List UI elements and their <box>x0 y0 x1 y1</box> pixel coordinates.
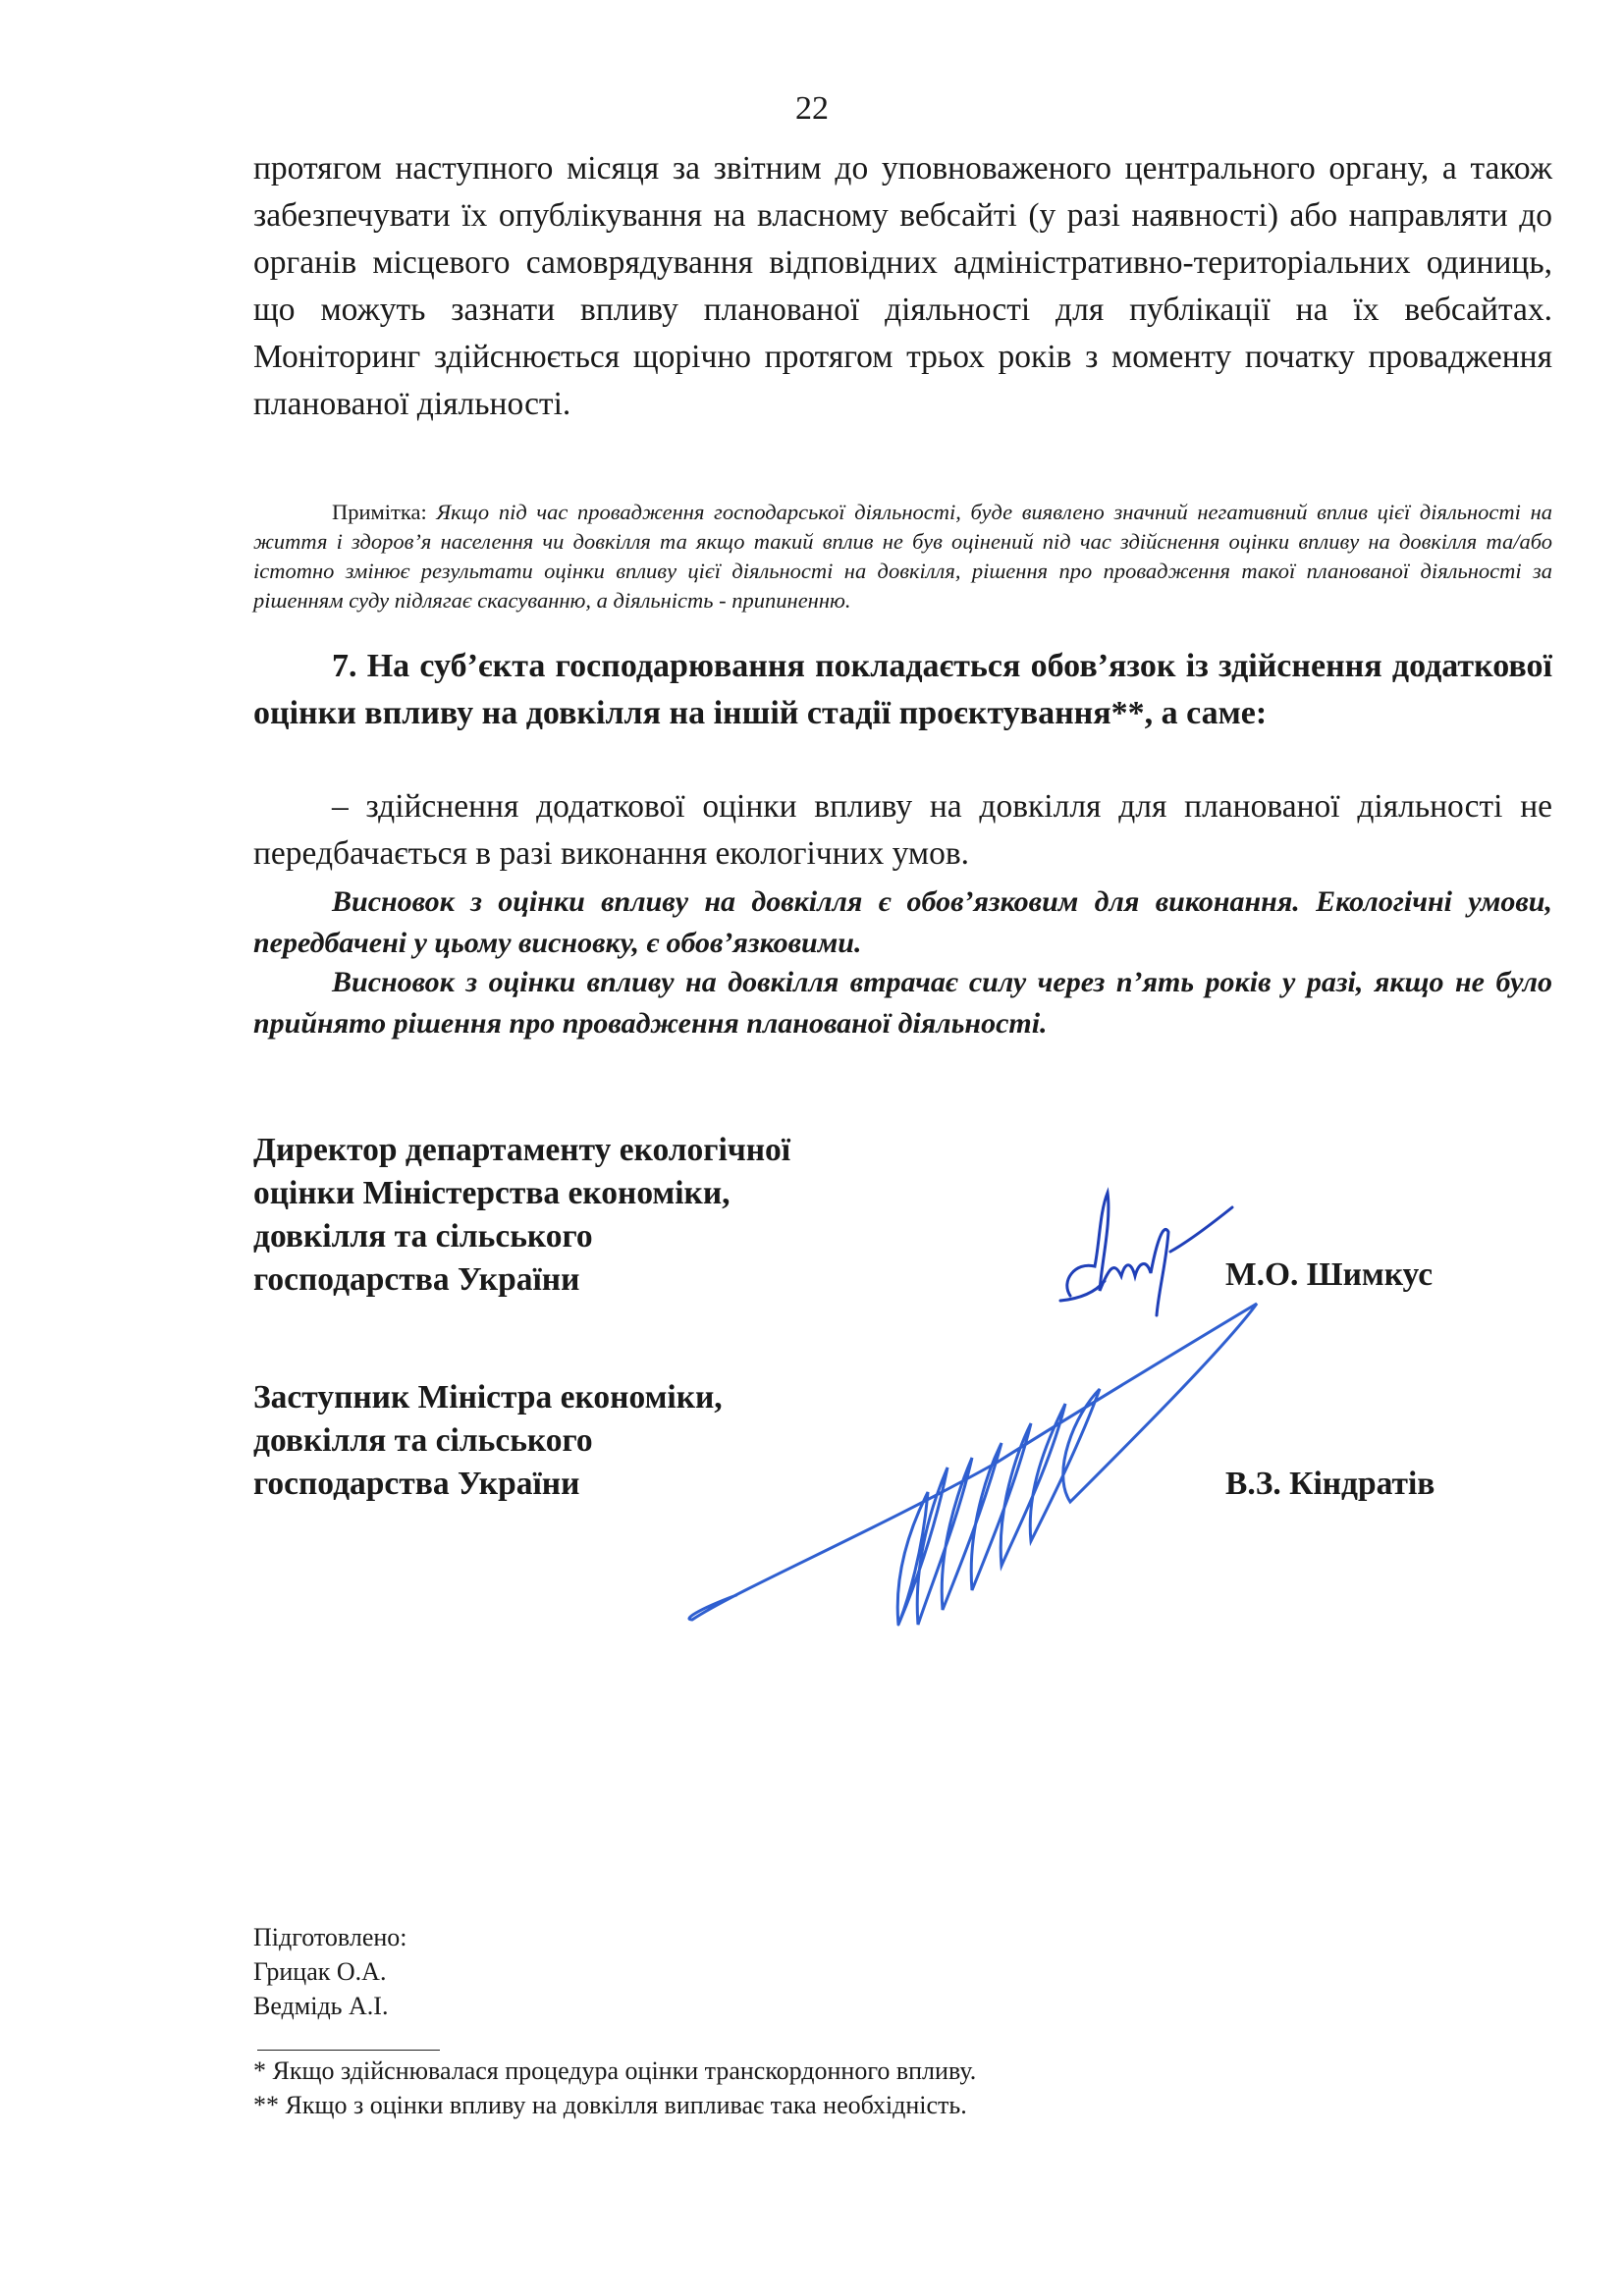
title-line: оцінки Міністерства економіки, <box>253 1172 790 1215</box>
signature-2-icon <box>677 1296 1316 1629</box>
title-line: Заступник Міністра економіки, <box>253 1376 723 1419</box>
page-number: 22 <box>0 90 1624 128</box>
prepared-by-block: Підготовлено: Грицак О.А. Ведмідь А.І. <box>253 1920 407 2023</box>
preparer-name: Грицак О.А. <box>253 1954 407 1989</box>
footnote-2: ** Якщо з оцінки впливу на довкілля випл… <box>253 2088 976 2122</box>
footnotes: * Якщо здійснювалася процедура оцінки тр… <box>253 2054 976 2122</box>
paragraph-monitoring: протягом наступного місяця за звітним до… <box>253 145 1552 428</box>
conclusion-binding: Висновок з оцінки впливу на довкілля є о… <box>253 881 1552 964</box>
title-line: господарства України <box>253 1463 723 1506</box>
signatory-2-title: Заступник Міністра економіки, довкілля т… <box>253 1376 723 1506</box>
footnote-1: * Якщо здійснювалася процедура оцінки тр… <box>253 2054 976 2088</box>
section-7-item: – здійснення додаткової оцінки впливу на… <box>253 783 1552 878</box>
note-label: Примітка: <box>332 500 436 524</box>
title-line: довкілля та сільського <box>253 1419 723 1463</box>
title-line: Директор департаменту екологічної <box>253 1129 790 1172</box>
preparer-name: Ведмідь А.І. <box>253 1989 407 2023</box>
title-line: довкілля та сільського <box>253 1215 790 1258</box>
note-block: Примітка: Якщо під час провадження госпо… <box>253 498 1552 615</box>
prepared-label: Підготовлено: <box>253 1920 407 1954</box>
footnote-divider <box>257 2050 440 2051</box>
conclusion-expiry: Висновок з оцінки впливу на довкілля втр… <box>253 962 1552 1044</box>
section-7-heading: 7. На суб’єкта господарювання покладаєть… <box>253 643 1552 737</box>
note-text: Якщо під час провадження господарської д… <box>253 500 1552 613</box>
signatory-1-title: Директор департаменту екологічної оцінки… <box>253 1129 790 1302</box>
